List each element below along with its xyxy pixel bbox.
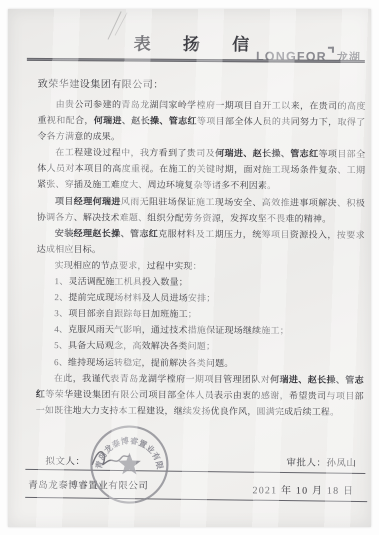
signature-divider-line [25,497,367,502]
company-seal-stamp: 青岛龙泰博睿置业有限公司 [87,419,172,512]
paragraph-text: 实现相应的节点要求，过程中实现： [55,260,202,271]
paragraph: 由贵公司参建的青岛龙湖闫家岭学樘府一期项目自开工以来，在贵司的高度重视和配合，何… [37,96,365,146]
paragraph: 安装经理赵长操、管志红克服材料及工期压力，统筹项目资源投入，按要求达成相应目标。 [37,225,365,259]
paragraph: 实现相应的节点要求，过程中实现： [37,257,365,275]
letter-body: 由贵公司参建的青岛龙湖闫家岭学樘府一期项目自开工以来，在贵司的高度重视和配合，何… [36,96,366,420]
longfor-logo: LONGFOR龙湖 [256,46,361,66]
closing-paragraph: 在此，我谨代表青岛龙湖学樘府一期项目管理团队对何瑞进、赵长操、管志红等荣华建设集… [36,370,364,420]
letter-date: 2021 年 10 月 18 日 [253,481,355,497]
drafter-label: 拟文人： [45,453,85,467]
paragraph-text: 等荣华建设集团有限公司项目部全体人员表示由衷的感谢，希望贵司与项目部一如既往地大… [36,389,364,417]
list-item: 4、克服风雨天气影响，通过技术措施保证现场继续施工； [36,321,364,339]
paragraph: 在工程建设过程中，我方看到了贵司及何瑞进、赵长操、管志红等项目部全体人员对本项目… [37,144,365,194]
highlighted-names: 安装经理赵长操、管志红 [55,228,158,239]
list-item: 2、提前完成现场材料及人员进场安排； [36,289,364,307]
logo-corner-mark-icon [328,47,334,53]
approver-name: 孙凤山 [326,459,356,469]
signature-divider-line [25,469,365,474]
list-item: 6、维持现场运转稳定，提前解决各类问题。 [36,353,364,371]
highlighted-names: 项目经理何瑞进 [55,196,121,206]
header-divider [27,58,365,63]
list-item: 1、灵活调配施工机具投入数量； [36,273,364,291]
list-item: 5、具备大局观念，高效解决各类问题； [36,337,364,355]
salutation: 致荣华建设集团有限公司： [38,75,164,91]
paragraph-text: 在工程建设过程中，我方看到了贵司及 [55,147,215,158]
approver-field: 审批人：孙凤山 [286,455,356,469]
highlighted-names: 何瑞进、赵长操、管志红 [215,148,318,159]
scanned-letter-page: 表 扬 信 LONGFOR龙湖 致荣华建设集团有限公司： 由贵公司参建的青岛龙湖… [8,9,371,527]
highlighted-names: 何瑞进、赵长操、管志红 [94,115,197,126]
paragraph: 项目经理何瑞进风雨无阻驻场保证施工现场安全、高效推进事项解决、积极协调各方、解决… [37,193,365,227]
approver-label: 审批人： [286,459,326,469]
paragraph-text: 在此，我谨代表青岛龙湖学樘府一期项目管理团队对 [54,373,270,384]
seal-star-icon [118,452,141,474]
letter-content: 表 扬 信 LONGFOR龙湖 致荣华建设集团有限公司： 由贵公司参建的青岛龙湖… [5,9,371,529]
list-item: 3、项目部亲自跟踪每日加班施工； [36,305,364,323]
